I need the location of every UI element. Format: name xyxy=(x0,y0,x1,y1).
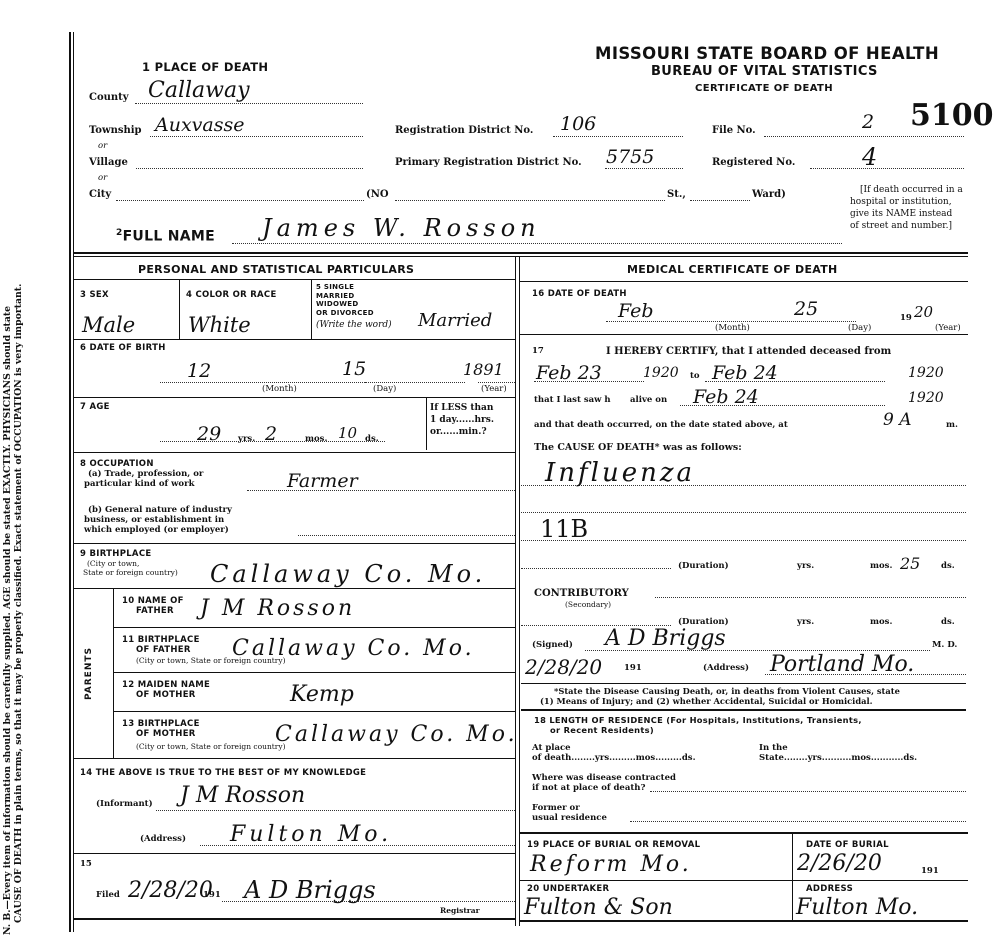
township-value[interactable]: Auxvasse xyxy=(155,114,244,136)
attended-to-value[interactable]: Feb 24 xyxy=(712,362,778,384)
time-suffix: m. xyxy=(946,420,958,430)
primary-district-label: Primary Registration District No. xyxy=(395,157,582,168)
registration-district-label: Registration District No. xyxy=(395,125,533,136)
occurred-text: and that death occurred, on the date sta… xyxy=(534,420,788,430)
margin-line-1: N. B.—Every item of information should b… xyxy=(2,45,13,935)
marital-hint: (Write the word) xyxy=(316,320,392,330)
frame-left-rule-inner xyxy=(73,32,74,932)
registrar-value[interactable]: A D Briggs xyxy=(244,876,376,904)
birthplace-hint-1: (City or town, xyxy=(83,559,178,568)
file-number-stamp: 5100 xyxy=(910,98,994,133)
registration-district-line xyxy=(553,136,683,137)
in-state: In the State........yrs..........mos....… xyxy=(759,743,917,763)
village-line xyxy=(136,168,363,169)
primary-district-line xyxy=(605,168,683,169)
or-label-2: or xyxy=(98,173,107,183)
mother-bp-label-2: OF MOTHER xyxy=(122,729,200,739)
filed-date-value[interactable]: 2/28/20 xyxy=(128,878,213,903)
medical-title-rule xyxy=(519,281,968,282)
duration-yrs: yrs. xyxy=(797,561,814,571)
occupation-b-2: business, or establishment in xyxy=(84,515,232,525)
less-than-day: If LESS than 1 day......hrs. or......min… xyxy=(430,402,494,438)
contributory-label: CONTRIBUTORY xyxy=(534,588,629,599)
full-name-label: 2FULL NAME xyxy=(116,228,215,245)
column-divider-2 xyxy=(519,256,520,926)
city-line xyxy=(116,200,364,201)
hospital-note-2: hospital or institution, xyxy=(850,196,963,208)
signed-year-prefix: 191 xyxy=(624,663,642,673)
former-line xyxy=(630,821,966,822)
bottom-rule-left xyxy=(73,918,515,920)
header-rule-2 xyxy=(73,256,968,257)
street-line xyxy=(395,200,665,201)
filed-year-prefix: 191 xyxy=(203,890,221,900)
street-no-label: (NO xyxy=(366,189,389,200)
dob-year-hint: (Year) xyxy=(481,384,507,394)
certificate-title: CERTIFICATE OF DEATH xyxy=(695,83,833,94)
full-name-line xyxy=(232,243,842,244)
informant-value[interactable]: J M Rosson xyxy=(180,783,305,808)
or-label-1: or xyxy=(98,141,107,151)
dod-day-value[interactable]: 25 xyxy=(794,298,818,320)
mother-bp-hint: (City or town, State or foreign country) xyxy=(136,742,286,751)
medical-section-title: MEDICAL CERTIFICATE OF DEATH xyxy=(627,263,838,276)
marital-value[interactable]: Married xyxy=(418,310,492,331)
burial-place-label: 19 PLACE OF BURIAL OR REMOVAL xyxy=(527,840,700,850)
undertaker-address-label: ADDRESS xyxy=(806,884,853,894)
mother-name-label-1: 12 MAIDEN NAME xyxy=(122,680,210,690)
age-mos-label: mos. xyxy=(305,434,327,444)
footnote: *State the Disease Causing Death, or, in… xyxy=(540,686,900,706)
signed-date-value[interactable]: 2/28/20 xyxy=(525,655,602,679)
at-place-1: At place xyxy=(532,743,696,753)
dob-year-value[interactable]: 1891 xyxy=(463,360,504,379)
place-of-death-title: 1 PLACE OF DEATH xyxy=(142,60,268,74)
dob-month-hint: (Month) xyxy=(262,384,297,394)
age-years-value[interactable]: 29 xyxy=(197,423,221,445)
row-rule-mother-bp xyxy=(113,711,515,712)
personal-title-rule xyxy=(73,279,515,280)
last-saw-value[interactable]: Feb 24 xyxy=(693,386,759,408)
sex-value[interactable]: Male xyxy=(82,313,135,337)
race-value[interactable]: White xyxy=(188,313,251,337)
dod-month-value[interactable]: Feb xyxy=(618,300,654,322)
marital-divorced: OR DIVORCED xyxy=(316,309,374,318)
cause-value[interactable]: Influenza xyxy=(545,458,695,488)
dod-label: 16 DATE OF DEATH xyxy=(532,289,627,299)
time-value[interactable]: 9 A xyxy=(883,410,912,430)
contrib-duration-yrs: yrs. xyxy=(797,617,814,627)
file-no-line xyxy=(764,136,964,137)
signed-address-label: (Address) xyxy=(703,663,749,673)
mother-bp-label-1: 13 BIRTHPLACE xyxy=(122,719,200,729)
age-yrs-label: yrs. xyxy=(238,434,255,444)
attended-to-year[interactable]: 1920 xyxy=(908,365,944,381)
duration-mos: mos. xyxy=(870,561,892,571)
contracted-line xyxy=(650,791,966,792)
age-divider xyxy=(426,397,427,450)
full-name-text: FULL NAME xyxy=(123,229,215,245)
last-saw-text: that I last saw h xyxy=(534,395,611,405)
marital-options: 5 SINGLE MARRIED WIDOWED OR DIVORCED xyxy=(316,283,374,317)
burial-divider xyxy=(792,834,793,922)
personal-section-title: PERSONAL AND STATISTICAL PARTICULARS xyxy=(138,263,414,276)
file-no-label: File No. xyxy=(712,125,756,136)
file-no-value[interactable]: 2 xyxy=(862,111,874,133)
duration-days-value[interactable]: 25 xyxy=(900,554,920,573)
ward-label: Ward) xyxy=(752,189,786,200)
st-line xyxy=(690,200,750,201)
burial-year-prefix: 191 xyxy=(921,866,939,876)
less-than-2: 1 day......hrs. xyxy=(430,414,494,426)
duration-ds: ds. xyxy=(941,561,955,571)
board-title: MISSOURI STATE BOARD OF HEALTH xyxy=(595,44,939,63)
contracted-1: Where was disease contracted xyxy=(532,773,676,783)
undertaker-value[interactable]: Fulton & Son xyxy=(524,895,673,920)
last-saw-alive-label: alive on xyxy=(630,395,667,405)
former-2: usual residence xyxy=(532,813,607,823)
occupation-b-1: (b) General nature of industry xyxy=(88,505,232,515)
margin-line-2: CAUSE OF DEATH in plain terms, so that i… xyxy=(13,45,24,935)
sex-label: 3 SEX xyxy=(80,290,109,300)
informant-line xyxy=(156,810,515,811)
full-name-value[interactable]: James W. Rosson xyxy=(262,214,541,242)
parents-label: PARENTS xyxy=(84,647,94,700)
city-label: City xyxy=(89,189,111,200)
footnote-top-rule xyxy=(521,683,966,684)
residence-title-2: or Recent Residents) xyxy=(534,725,862,735)
hospital-note: [If death occurred in a hospital or inst… xyxy=(850,184,963,232)
former-1: Former or xyxy=(532,803,607,813)
age-label: 7 AGE xyxy=(80,402,110,412)
duration-label: (Duration) xyxy=(678,561,729,571)
occupation-b: (b) General nature of industry business,… xyxy=(88,505,232,535)
hospital-note-3: give its NAME instead xyxy=(850,208,963,220)
residence-title: 18 LENGTH OF RESIDENCE (For Hospitals, I… xyxy=(534,715,862,735)
father-name-value[interactable]: J M Rosson xyxy=(200,596,355,621)
registration-district-value[interactable]: 106 xyxy=(560,113,596,135)
contracted: Where was disease contracted if not at p… xyxy=(532,773,676,793)
informant-address-value[interactable]: Fulton Mo. xyxy=(230,822,392,847)
filed-label: Filed xyxy=(96,890,120,900)
burial-date-value[interactable]: 2/26/20 xyxy=(797,851,882,876)
dod-year-prefix: 19 xyxy=(900,313,912,323)
undertaker-address-value[interactable]: Fulton Mo. xyxy=(796,895,918,920)
mother-bp-value[interactable]: Callaway Co. Mo. xyxy=(275,722,518,747)
race-marital-divider xyxy=(311,279,312,339)
header-rule xyxy=(73,252,968,254)
county-label: County xyxy=(89,92,129,103)
father-bp-label: 11 BIRTHPLACE OF FATHER xyxy=(122,635,200,655)
informant-address-label: (Address) xyxy=(140,834,186,844)
mother-name-label: 12 MAIDEN NAME OF MOTHER xyxy=(122,680,210,700)
informant-title: 14 THE ABOVE IS TRUE TO THE BEST OF MY K… xyxy=(80,768,366,778)
former-residence: Former or usual residence xyxy=(532,803,607,823)
bureau-title: BUREAU OF VITAL STATISTICS xyxy=(651,64,878,79)
occupation-a-2: particular kind of work xyxy=(84,479,203,489)
contrib-duration-ds: ds. xyxy=(941,617,955,627)
father-bp-label-1: 11 BIRTHPLACE xyxy=(122,635,200,645)
burial-place-value[interactable]: Reform Mo. xyxy=(530,852,692,877)
registrar-label: Registrar xyxy=(440,906,480,915)
occupation-a: (a) Trade, profession, or particular kin… xyxy=(88,469,203,489)
row-rule-birthplace xyxy=(73,543,515,544)
mother-name-label-2: OF MOTHER xyxy=(122,690,210,700)
marital-married: MARRIED xyxy=(316,292,374,301)
at-place-of-death: At place of death........yrs.........mos… xyxy=(532,743,696,763)
footnote-1: *State the Disease Causing Death, or, in… xyxy=(540,686,900,696)
occupation-label: 8 OCCUPATION xyxy=(80,459,154,469)
row-rule-filed xyxy=(73,853,515,854)
footnote-bottom-rule xyxy=(521,709,966,711)
township-line xyxy=(150,136,363,137)
dob-year-line xyxy=(478,382,515,383)
birthplace-value[interactable]: Callaway Co. Mo. xyxy=(210,560,486,588)
footnote-2: (1) Means of Injury; and (2) whether Acc… xyxy=(540,696,900,706)
age-days-value[interactable]: 10 xyxy=(338,424,357,442)
certify-text: I HEREBY CERTIFY, that I attended deceas… xyxy=(606,346,891,357)
dob-day-line xyxy=(365,382,465,383)
less-than-1: If LESS than xyxy=(430,402,494,414)
occupation-a-1: (a) Trade, profession, or xyxy=(88,469,203,479)
dod-month-hint: (Month) xyxy=(715,323,750,333)
age-ds-label: ds. xyxy=(365,434,379,444)
row-rule-burial xyxy=(519,832,968,834)
dob-month-line xyxy=(160,382,365,383)
dob-label: 6 DATE OF BIRTH xyxy=(80,343,166,353)
last-saw-year[interactable]: 1920 xyxy=(908,390,944,406)
filed-number: 15 xyxy=(80,859,92,869)
race-label: 4 COLOR OR RACE xyxy=(186,290,277,300)
certify-number: 17 xyxy=(532,346,544,356)
attended-from-value[interactable]: Feb 23 xyxy=(536,362,602,384)
dod-year-hint: (Year) xyxy=(935,323,961,333)
in-state-1: In the xyxy=(759,743,917,753)
in-state-2: State........yrs..........mos...........… xyxy=(759,753,917,763)
marital-widowed: WIDOWED xyxy=(316,300,374,309)
dod-day-hint: (Day) xyxy=(848,323,871,333)
column-divider xyxy=(515,256,516,926)
row-rule-dob xyxy=(73,339,515,340)
mother-name-value[interactable]: Kemp xyxy=(290,682,354,707)
father-name-label: 10 NAME OF FATHER xyxy=(122,596,184,616)
dob-day-hint: (Day) xyxy=(373,384,396,394)
birthplace-label: 9 BIRTHPLACE xyxy=(80,549,151,559)
less-than-3: or......min.? xyxy=(430,426,494,438)
cause-line-2 xyxy=(521,512,966,513)
burial-date-label: DATE OF BURIAL xyxy=(806,840,889,850)
parents-divider xyxy=(113,588,114,758)
at-place-2: of death........yrs.........mos.........… xyxy=(532,753,696,763)
undertaker-label: 20 UNDERTAKER xyxy=(527,884,609,894)
sex-race-divider xyxy=(179,279,180,339)
row-rule-informant xyxy=(73,758,515,759)
father-bp-label-2: OF FATHER xyxy=(122,645,200,655)
primary-district-value[interactable]: 5755 xyxy=(606,146,654,168)
md-label: M. D. xyxy=(932,640,957,650)
hospital-note-1: [If death occurred in a xyxy=(850,184,963,196)
registered-no-value[interactable]: 4 xyxy=(862,143,877,171)
row-rule-father-bp xyxy=(113,627,515,628)
birthplace-hint-2: State or foreign country) xyxy=(83,568,178,577)
county-value[interactable]: Callaway xyxy=(148,78,250,103)
occupation-b-line xyxy=(298,535,515,536)
informant-label: (Informant) xyxy=(96,799,153,809)
village-label: Village xyxy=(89,157,128,168)
row-rule-certify xyxy=(519,334,968,335)
st-label: St., xyxy=(667,189,686,200)
signed-address-value[interactable]: Portland Mo. xyxy=(770,652,914,677)
row-rule-occupation xyxy=(73,452,515,453)
father-name-label-1: 10 NAME OF xyxy=(122,596,184,606)
margin-instructions: N. B.—Every item of information should b… xyxy=(2,45,24,935)
attended-from-year[interactable]: 1920 xyxy=(643,365,679,381)
contributory-line xyxy=(655,597,966,598)
signed-value[interactable]: A D Briggs xyxy=(605,626,726,651)
signed-label: (Signed) xyxy=(532,640,573,650)
to-label: to xyxy=(690,371,700,381)
contrib-duration-mos: mos. xyxy=(870,617,892,627)
dob-month-value[interactable]: 12 xyxy=(187,360,211,382)
cause-line-3 xyxy=(521,540,966,541)
registered-no-line xyxy=(810,168,964,169)
birthplace-hint: (City or town, State or foreign country) xyxy=(83,559,178,577)
dod-year-value[interactable]: 20 xyxy=(914,303,933,321)
residence-title-1: 18 LENGTH OF RESIDENCE (For Hospitals, I… xyxy=(534,715,862,725)
age-months-value[interactable]: 2 xyxy=(265,423,277,445)
registered-no-label: Registered No. xyxy=(712,157,795,168)
county-line xyxy=(135,103,363,104)
father-name-label-2: FATHER xyxy=(122,606,184,616)
row-rule-undertaker xyxy=(519,880,968,881)
hospital-note-4: of street and number.] xyxy=(850,220,963,232)
bottom-rule-right xyxy=(519,920,968,922)
row-rule-mother-name xyxy=(113,672,515,673)
row-rule-age xyxy=(73,397,515,398)
township-label: Township xyxy=(89,125,142,136)
row-rule-parents xyxy=(73,588,515,589)
duration-line xyxy=(521,568,671,569)
occupation-a-value[interactable]: Farmer xyxy=(287,470,358,492)
dob-day-value[interactable]: 15 xyxy=(342,358,366,380)
frame-left-rule xyxy=(69,32,71,932)
contributory-hint: (Secondary) xyxy=(565,600,611,609)
cause-code[interactable]: 11B xyxy=(540,515,588,543)
father-bp-value[interactable]: Callaway Co. Mo. xyxy=(232,636,475,661)
occupation-b-3: which employed (or employer) xyxy=(84,525,232,535)
mother-bp-label: 13 BIRTHPLACE OF MOTHER xyxy=(122,719,200,739)
cause-heading: The CAUSE OF DEATH* was as follows: xyxy=(534,442,742,453)
marital-single: 5 SINGLE xyxy=(316,283,374,292)
